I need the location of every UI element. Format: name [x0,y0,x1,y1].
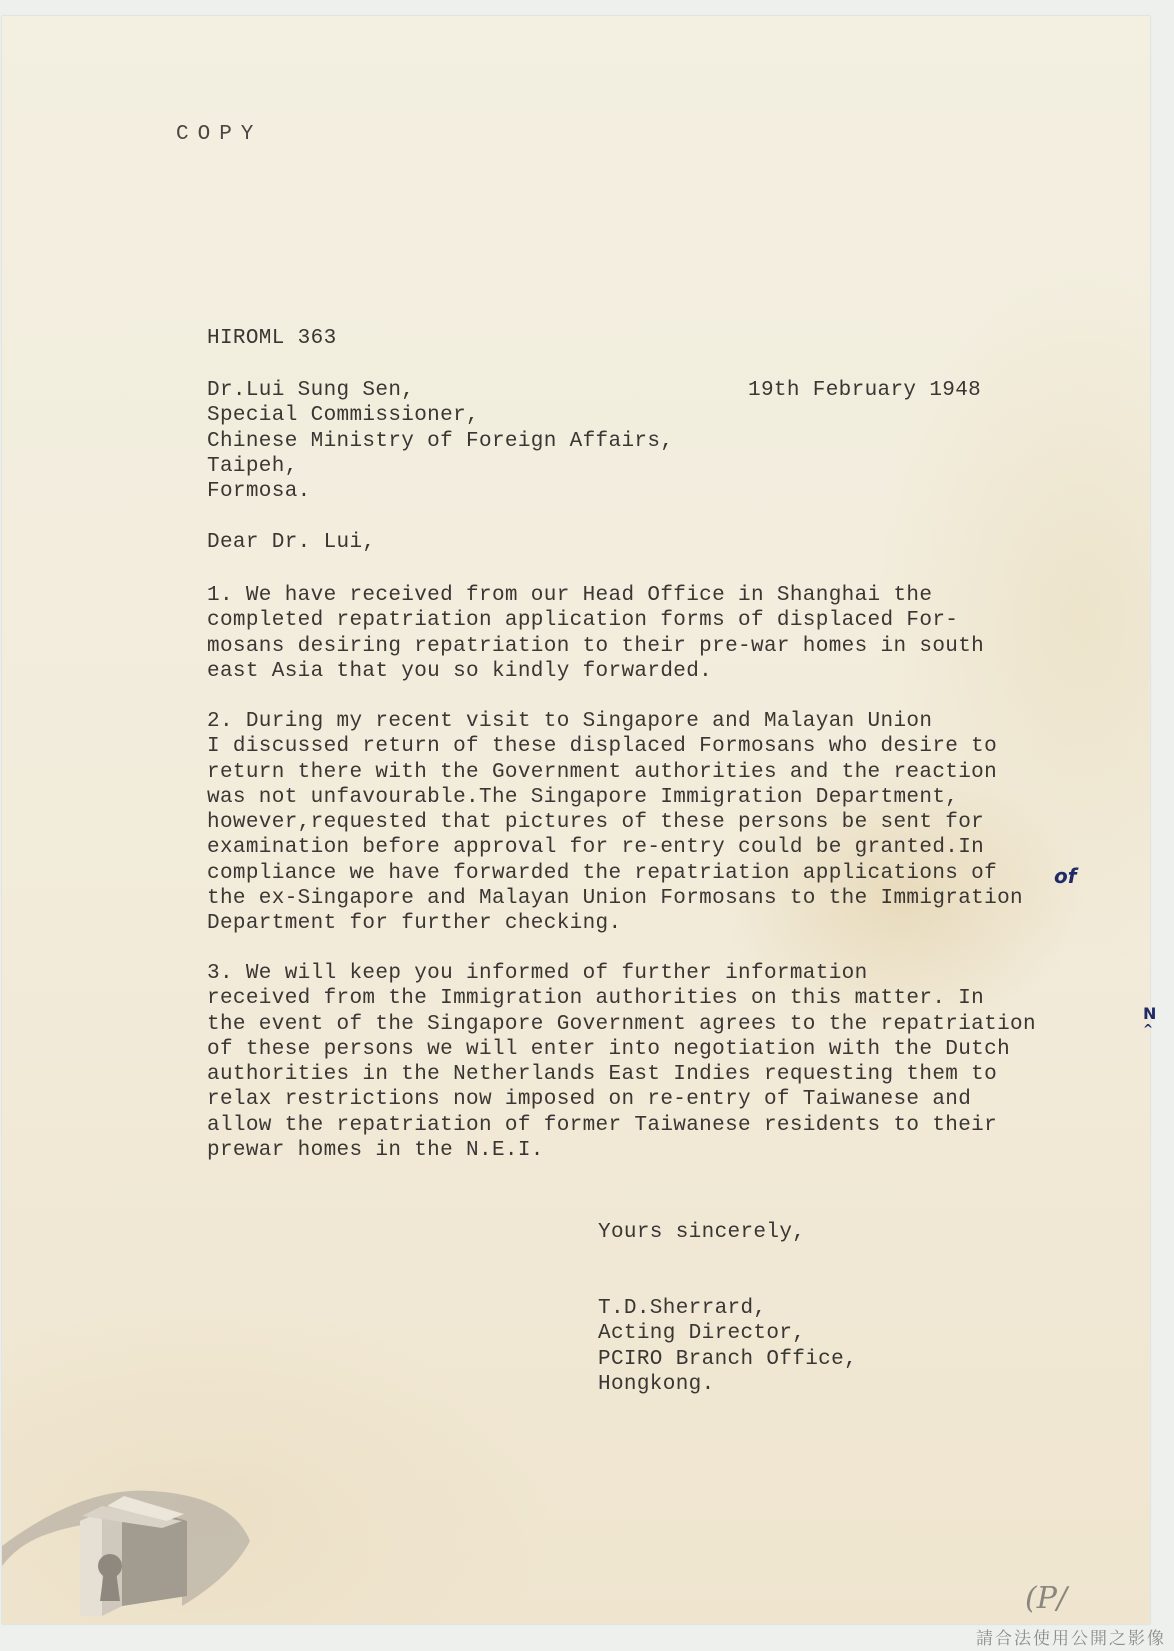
address-line: Special Commissioner, [207,404,479,427]
paragraph-line: the ex-Singapore and Malayan Union Formo… [207,887,1023,910]
margin-ink-mark: N [1143,1004,1156,1023]
pencil-mark: (P/ [1025,1581,1067,1616]
margin-caret-mark: ^ [1143,1022,1153,1036]
closing: Yours sincerely, [598,1220,805,1245]
paragraph-line: examination before approval for re-entry… [207,836,984,859]
copy-marker: COPY [176,122,262,147]
ink-correction: of [1054,864,1076,888]
paragraph-line: 2. During my recent visit to Singapore a… [207,710,932,733]
paragraph-line: relax restrictions now imposed on re-ent… [207,1088,971,1111]
letter-date: 19th February 1948 [748,378,981,403]
paragraph-line: was not unfavourable.The Singapore Immig… [207,786,958,809]
paragraph-line: I discussed return of these displaced Fo… [207,735,997,758]
paragraph-line: mosans desiring repatriation to their pr… [207,635,984,658]
paragraph-line: return there with the Government authori… [207,761,997,784]
paragraph-line: allow the repatriation of former Taiwane… [207,1114,997,1137]
salutation: Dear Dr. Lui, [207,530,375,555]
reference-number: HIROML 363 [207,326,337,351]
paragraph-line: east Asia that you so kindly forwarded. [207,660,712,683]
paragraph-2: 2. During my recent visit to Singapore a… [207,709,1023,937]
address-line: Dr.Lui Sung Sen, [207,379,414,402]
address-line: Formosa. [207,480,311,503]
paragraph-3: 3. We will keep you informed of further … [207,961,1036,1163]
signature-line: Hongkong. [598,1373,715,1396]
signature-line: Acting Director, [598,1322,805,1345]
signature-block: T.D.Sherrard, Acting Director, PCIRO Bra… [598,1296,857,1397]
paragraph-1: 1. We have received from our Head Office… [207,583,984,684]
paragraph-line: 1. We have received from our Head Office… [207,584,932,607]
paragraph-line: the event of the Singapore Government ag… [207,1013,1036,1036]
address-line: Taipeh, [207,455,298,478]
paragraph-line: received from the Immigration authoritie… [207,987,984,1010]
paragraph-line: Department for further checking. [207,912,621,935]
paragraph-line: prewar homes in the N.E.I. [207,1139,544,1162]
paragraph-line: compliance we have forwarded the repatri… [207,862,997,885]
paragraph-line: 3. We will keep you informed of further … [207,962,868,985]
paragraph-line: however,requested that pictures of these… [207,811,984,834]
letter-page: COPY HIROML 363 19th February 1948 Dr.Lu… [2,16,1150,1624]
paragraph-line: of these persons we will enter into nego… [207,1038,1010,1061]
archive-watermark: 請合法使用公開之影像 [976,1624,1166,1649]
address-line: Chinese Ministry of Foreign Affairs, [207,430,673,453]
paragraph-line: authorities in the Netherlands East Indi… [207,1063,997,1086]
archive-logo-icon [2,1466,262,1616]
recipient-address: Dr.Lui Sung Sen, Special Commissioner, C… [207,378,673,504]
signature-line: T.D.Sherrard, [598,1297,766,1320]
paragraph-line: completed repatriation application forms… [207,609,958,632]
signature-line: PCIRO Branch Office, [598,1348,857,1371]
